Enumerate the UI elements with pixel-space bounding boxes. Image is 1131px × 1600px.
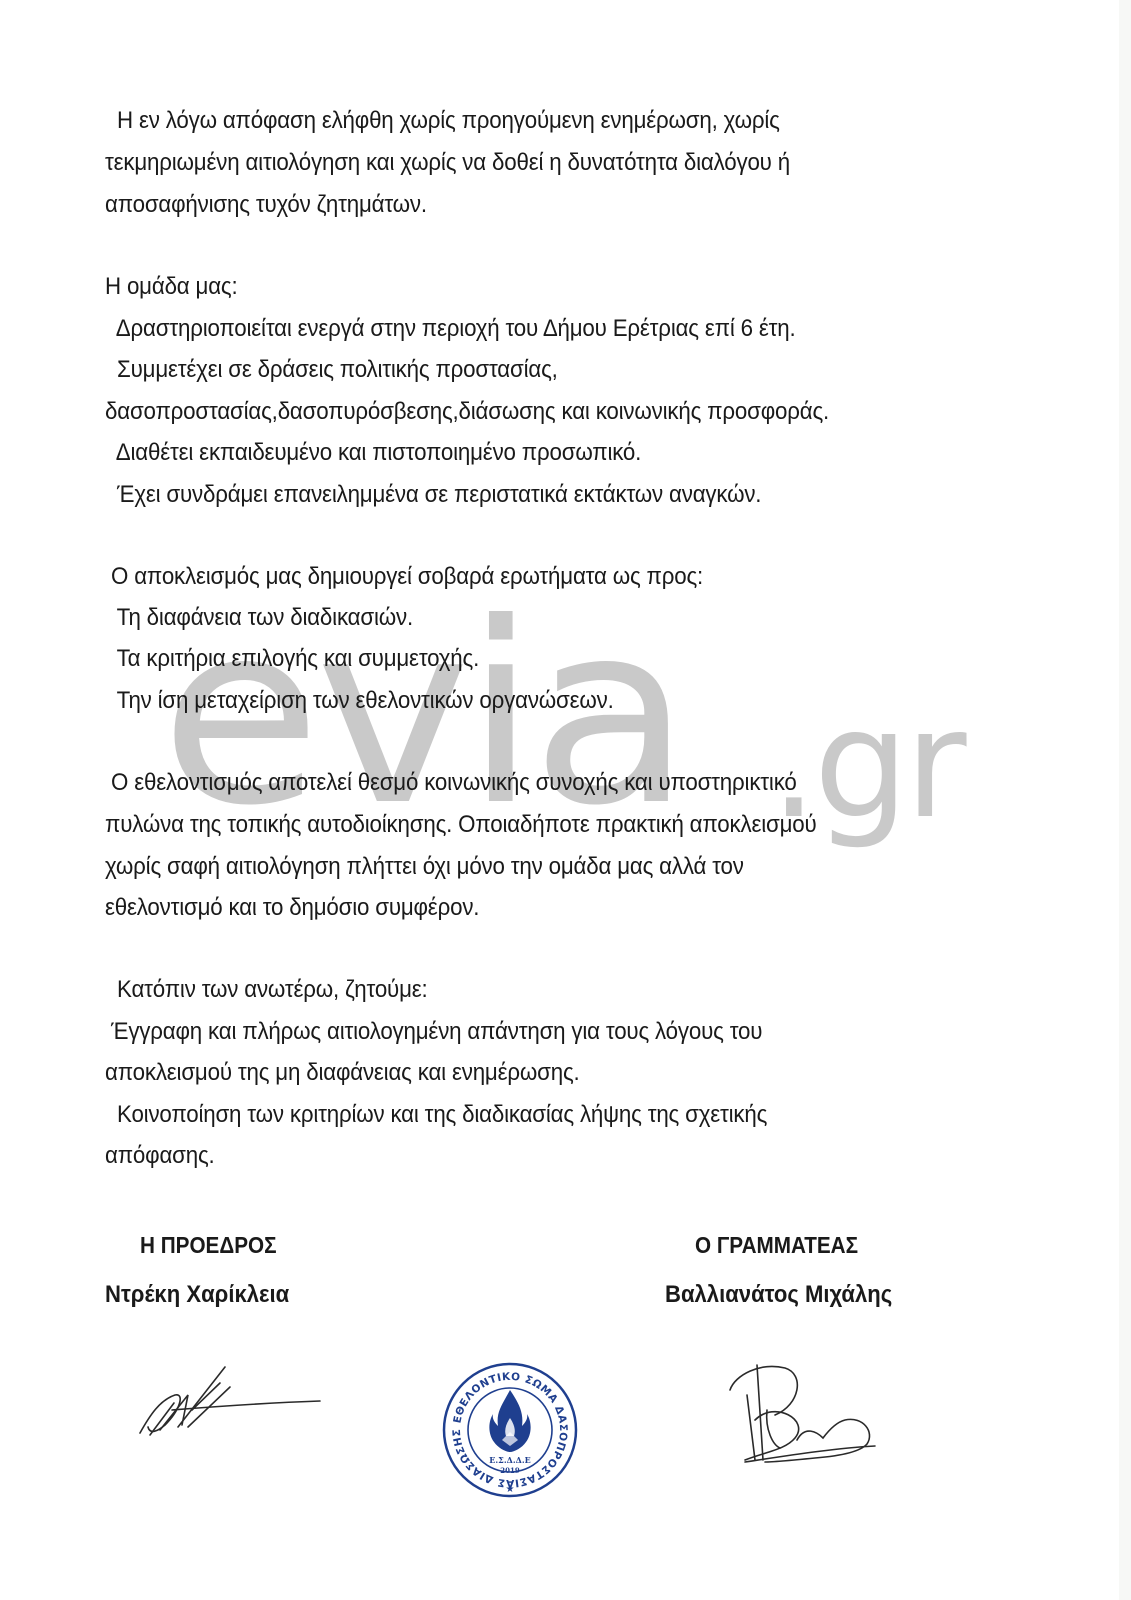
president-name: Ντρέκη Χαρίκλεια [105, 1280, 289, 1310]
team-point: Δραστηριοποιείται ενεργά στην περιοχή το… [105, 314, 796, 344]
team-point: δασοπροστασίας,δασοπυρόσβεσης,διάσωσης κ… [105, 397, 829, 427]
secretary-title: Ο ΓΡΑΜΜΑΤΕΑΣ [695, 1230, 858, 1260]
request-point: αποκλεισμού της μη διαφάνειας και ενημέρ… [105, 1058, 580, 1088]
stamp-year: 2019 [500, 1466, 520, 1475]
paragraph-line: πυλώνα της τοπικής αυτοδιοίκησης. Οποιαδ… [105, 810, 817, 840]
star-icon: ★ [506, 1484, 515, 1495]
president-title: Η ΠΡΟΕΔΡΟΣ [140, 1230, 277, 1260]
paragraph-line: Ο εθελοντισμός αποτελεί θεσμό κοινωνικής… [105, 768, 797, 798]
request-point: Έγγραφη και πλήρως αιτιολογημένη απάντησ… [105, 1017, 762, 1047]
question-point: Την ίση μεταχείριση των εθελοντικών οργα… [105, 686, 614, 716]
requests-heading: Κατόπιν των ανωτέρω, ζητούμε: [105, 975, 428, 1005]
team-point: Συμμετέχει σε δράσεις πολιτικής προστασί… [105, 355, 558, 385]
paragraph-line: τεκμηριωμένη αιτιολόγηση και χωρίς να δο… [105, 148, 790, 178]
team-point: Διαθέτει εκπαιδευμένο και πιστοποιημένο … [105, 438, 641, 468]
paragraph-line: αποσαφήνισης τυχόν ζητημάτων. [105, 190, 427, 220]
team-point: Έχει συνδράμει επανειλημμένα σε περιστατ… [105, 480, 761, 510]
question-point: Τη διαφάνεια των διαδικασιών. [105, 603, 413, 633]
paragraph-line: Η εν λόγω απόφαση ελήφθη χωρίς προηγούμε… [105, 106, 780, 136]
team-heading: Η ομάδα μας: [105, 272, 238, 302]
secretary-name: Βαλλιανάτος Μιχάλης [665, 1280, 892, 1310]
questions-heading: Ο αποκλεισμός μας δημιουργεί σοβαρά ερωτ… [105, 562, 703, 592]
request-point: Κοινοποίηση των κριτηρίων και της διαδικ… [105, 1100, 767, 1130]
paragraph-line: χωρίς σαφή αιτιολόγηση πλήττει όχι μόνο … [105, 852, 744, 882]
request-point: απόφασης. [105, 1141, 215, 1171]
president-signature [130, 1355, 340, 1440]
question-point: Τα κριτήρια επιλογής και συμμετοχής. [105, 644, 479, 674]
letter-page: evia .gr Η εν λόγω απόφαση ελήφθη χωρίς … [0, 0, 1131, 1600]
secretary-signature [705, 1350, 885, 1465]
stamp-abbreviation: Ε.Σ.Δ.Δ.Ε [489, 1455, 530, 1465]
organization-stamp: ΕΘΕΛΟΝΤΙΚΟ ΣΩΜΑ ΔΑΣΟΠΡΟΣΤΑΣΙΑΣ ΔΙΑΣΩΣΗΣ … [440, 1360, 580, 1500]
paragraph-line: εθελοντισμό και το δημόσιο συμφέρον. [105, 893, 479, 923]
